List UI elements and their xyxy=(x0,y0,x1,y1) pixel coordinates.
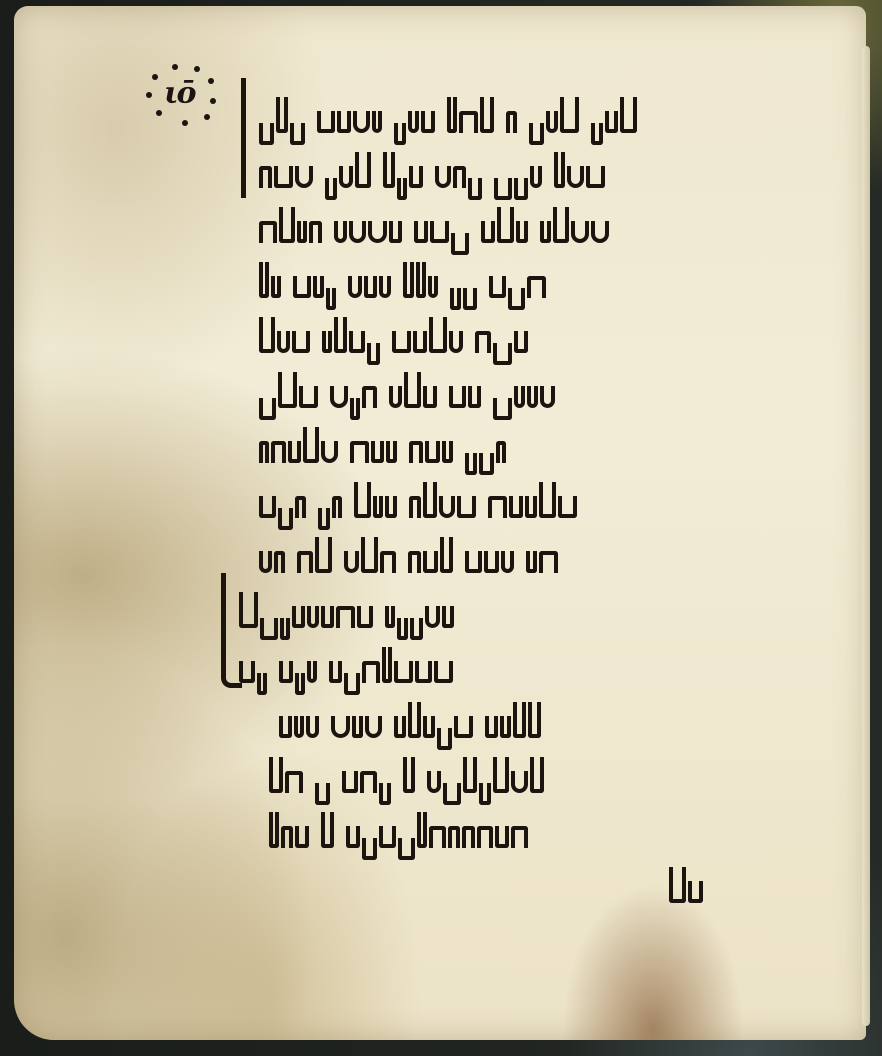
script-glyph xyxy=(408,111,419,133)
script-glyph xyxy=(321,441,338,463)
script-glyph xyxy=(295,826,309,848)
manuscript-line: [Nuskhuri line 15 — undeciphered] xyxy=(669,848,819,903)
ornament-dot xyxy=(156,110,162,116)
script-glyph xyxy=(285,771,303,793)
script-glyph xyxy=(292,606,305,628)
script-glyph xyxy=(435,166,451,188)
script-glyph xyxy=(281,826,293,848)
script-glyph xyxy=(495,826,509,848)
manuscript-word xyxy=(329,643,453,683)
script-glyph xyxy=(430,221,449,243)
manuscript-word xyxy=(342,753,391,793)
script-glyph xyxy=(558,496,577,518)
script-glyph xyxy=(403,757,415,793)
script-glyph xyxy=(288,441,301,463)
script-glyph xyxy=(389,386,402,408)
script-glyph xyxy=(271,441,286,463)
script-glyph xyxy=(293,276,311,298)
script-glyph xyxy=(352,716,363,738)
manuscript-word xyxy=(293,258,336,298)
script-glyph xyxy=(530,757,544,793)
script-glyph xyxy=(525,496,537,518)
folio-number-text: ιō xyxy=(164,76,195,111)
manuscript-line: [Nuskhuri line 1 — undeciphered] xyxy=(259,78,819,133)
manuscript-word xyxy=(389,368,437,408)
ornament-dot xyxy=(146,92,152,98)
script-glyph xyxy=(539,551,558,573)
script-glyph xyxy=(334,317,347,353)
manuscript-word xyxy=(591,93,637,133)
manuscript-word xyxy=(259,258,281,298)
script-glyph xyxy=(306,716,319,738)
manuscript-word xyxy=(317,93,382,133)
script-glyph xyxy=(434,661,453,683)
script-glyph xyxy=(567,166,584,188)
manuscript-word xyxy=(239,588,373,628)
script-glyph xyxy=(514,331,528,353)
script-glyph xyxy=(346,826,360,848)
manuscript-word xyxy=(540,203,609,243)
script-glyph xyxy=(605,111,618,133)
manuscript-word xyxy=(325,148,371,188)
ornament-dot xyxy=(194,66,200,72)
script-glyph xyxy=(259,317,275,353)
script-glyph xyxy=(373,496,383,518)
script-glyph xyxy=(322,331,332,353)
manuscript-word xyxy=(279,698,319,738)
script-glyph xyxy=(349,331,365,353)
script-glyph xyxy=(348,276,362,298)
script-glyph xyxy=(506,111,517,133)
ornament-dot xyxy=(204,114,210,120)
script-glyph xyxy=(315,537,332,573)
script-glyph xyxy=(409,166,423,188)
manuscript-line: [Nuskhuri line 7 — undeciphered] xyxy=(259,408,819,463)
manuscript-word xyxy=(331,698,382,738)
script-glyph xyxy=(511,771,528,793)
manuscript-word xyxy=(259,478,306,518)
script-glyph xyxy=(509,496,523,518)
script-glyph xyxy=(357,606,373,628)
script-glyph xyxy=(354,482,371,518)
script-glyph xyxy=(409,496,421,518)
script-glyph xyxy=(292,331,310,353)
script-glyph xyxy=(462,826,475,848)
script-glyph xyxy=(500,716,511,738)
script-glyph xyxy=(442,441,453,463)
script-glyph xyxy=(257,673,267,695)
manuscript-line: [Nuskhuri line 2 — undeciphered] xyxy=(259,133,819,188)
script-glyph xyxy=(409,441,423,463)
manuscript-word xyxy=(334,203,402,243)
script-glyph xyxy=(332,496,342,518)
script-glyph xyxy=(355,152,371,188)
script-glyph xyxy=(457,496,476,518)
script-glyph xyxy=(560,97,579,133)
script-glyph xyxy=(497,207,514,243)
manuscript-line: [Nuskhuri line 11 — undeciphered] xyxy=(239,628,819,683)
script-glyph xyxy=(383,152,395,188)
manuscript-word xyxy=(315,753,330,793)
script-glyph xyxy=(297,551,313,573)
script-glyph xyxy=(448,826,460,848)
script-glyph xyxy=(294,716,304,738)
script-glyph xyxy=(259,496,276,518)
script-glyph xyxy=(468,386,481,408)
script-glyph xyxy=(386,441,397,463)
manuscript-word xyxy=(269,753,303,793)
script-glyph xyxy=(417,812,427,848)
manuscript-word xyxy=(465,533,514,573)
manuscript-word xyxy=(526,533,558,573)
script-glyph xyxy=(484,551,499,573)
script-glyph xyxy=(501,551,514,573)
script-glyph xyxy=(259,441,269,463)
manuscript-word xyxy=(392,313,463,353)
script-glyph xyxy=(239,661,255,683)
script-glyph xyxy=(403,262,414,298)
script-glyph xyxy=(278,372,297,408)
script-glyph xyxy=(423,551,438,573)
script-glyph xyxy=(379,276,391,298)
script-glyph xyxy=(408,702,421,738)
script-glyph xyxy=(269,757,283,793)
script-glyph xyxy=(385,496,397,518)
script-glyph xyxy=(389,221,402,243)
manuscript-line: [Nuskhuri line 14 — undeciphered] xyxy=(269,793,819,848)
manuscript-word xyxy=(385,588,454,628)
script-glyph xyxy=(362,386,377,408)
script-glyph xyxy=(269,812,279,848)
manuscript-word xyxy=(450,258,477,298)
manuscript-word xyxy=(494,148,542,188)
script-glyph xyxy=(496,441,506,463)
script-glyph xyxy=(546,111,558,133)
script-glyph xyxy=(336,606,355,628)
manuscript-word xyxy=(346,808,528,848)
manuscript-word xyxy=(259,148,313,188)
manuscript-word xyxy=(488,478,577,518)
script-glyph xyxy=(334,221,347,243)
manuscript-word xyxy=(322,313,380,353)
script-glyph xyxy=(465,551,482,573)
initial-letter-stroke xyxy=(241,78,256,198)
manuscript-word xyxy=(297,533,332,573)
script-glyph xyxy=(259,262,269,298)
script-glyph xyxy=(414,221,428,243)
script-glyph xyxy=(295,166,313,188)
script-glyph xyxy=(475,331,491,353)
script-glyph xyxy=(586,166,605,188)
script-glyph xyxy=(259,166,272,188)
manuscript-line: [Nuskhuri line 5 — undeciphered] xyxy=(259,298,819,353)
manuscript-word xyxy=(449,368,481,408)
manuscript-word xyxy=(318,478,342,518)
manuscript-word xyxy=(529,93,579,133)
manuscript-word xyxy=(414,203,469,243)
script-glyph xyxy=(271,276,281,298)
manuscript-word xyxy=(259,313,310,353)
script-glyph xyxy=(299,386,318,408)
script-glyph xyxy=(511,826,528,848)
manuscript-word xyxy=(259,93,305,133)
manuscript-line: [Nuskhuri line 8 — undeciphered] xyxy=(259,463,819,518)
script-glyph xyxy=(527,276,546,298)
manuscript-word xyxy=(239,643,267,683)
manuscript-word xyxy=(269,808,309,848)
script-glyph xyxy=(303,427,319,463)
script-glyph xyxy=(540,386,555,408)
script-glyph xyxy=(447,97,457,133)
ornament-dot xyxy=(182,120,188,126)
ornament-dot xyxy=(172,64,178,70)
script-glyph xyxy=(295,496,306,518)
script-glyph xyxy=(425,441,440,463)
script-glyph xyxy=(477,826,493,848)
script-glyph xyxy=(539,482,556,518)
script-glyph xyxy=(440,537,453,573)
script-glyph xyxy=(489,276,506,298)
script-glyph xyxy=(439,496,455,518)
manuscript-word xyxy=(330,368,377,408)
script-glyph xyxy=(313,276,324,298)
script-glyph xyxy=(516,221,528,243)
script-glyph xyxy=(321,606,334,628)
script-glyph xyxy=(449,386,466,408)
ornament-dot xyxy=(210,98,216,104)
manuscript-word xyxy=(394,93,435,133)
script-glyph xyxy=(385,606,395,628)
script-glyph xyxy=(394,716,406,738)
script-glyph xyxy=(307,661,317,683)
script-glyph xyxy=(365,716,382,738)
script-glyph xyxy=(372,111,382,133)
script-glyph xyxy=(382,647,392,683)
manuscript-word xyxy=(259,423,338,463)
script-glyph xyxy=(620,97,637,133)
next-page-edge xyxy=(862,46,870,1026)
script-glyph xyxy=(279,716,292,738)
script-glyph xyxy=(429,317,447,353)
ornament-dot xyxy=(152,74,158,80)
manuscript-word xyxy=(259,368,318,408)
script-glyph xyxy=(408,551,421,573)
manuscript-word xyxy=(259,533,285,573)
script-glyph xyxy=(423,482,437,518)
manuscript-line: [Nuskhuri line 12 — undeciphered] xyxy=(279,683,819,738)
manuscript-line: [Nuskhuri line 4 — undeciphered] xyxy=(259,243,819,298)
manuscript-line: [Nuskhuri line 10 — undeciphered] xyxy=(239,573,819,628)
manuscript-word xyxy=(279,643,317,683)
script-glyph xyxy=(404,372,421,408)
script-glyph xyxy=(274,551,285,573)
script-glyph xyxy=(463,757,477,793)
manuscript-word xyxy=(259,203,322,243)
manuscript-line: [Nuskhuri line 9 — undeciphered] xyxy=(259,518,819,573)
script-glyph xyxy=(353,111,370,133)
script-glyph xyxy=(259,551,272,573)
script-glyph xyxy=(453,166,466,188)
script-glyph xyxy=(371,441,384,463)
script-glyph xyxy=(415,661,432,683)
script-glyph xyxy=(392,331,411,353)
script-glyph xyxy=(330,386,348,408)
script-glyph xyxy=(449,331,463,353)
script-glyph xyxy=(279,661,293,683)
script-glyph xyxy=(554,152,565,188)
manuscript-word xyxy=(427,753,544,793)
script-glyph xyxy=(362,838,377,860)
script-glyph xyxy=(398,838,415,860)
ornament-dot xyxy=(208,78,214,84)
script-glyph xyxy=(276,97,288,133)
manuscript-word xyxy=(344,533,396,573)
script-glyph xyxy=(480,97,494,133)
script-glyph xyxy=(493,757,509,793)
script-glyph xyxy=(591,221,609,243)
script-glyph xyxy=(339,166,353,188)
script-glyph xyxy=(425,606,440,628)
script-glyph xyxy=(279,207,295,243)
script-glyph xyxy=(379,826,396,848)
manuscript-word xyxy=(408,533,453,573)
manuscript-word xyxy=(506,93,517,133)
manuscript-page: ιō [Nuskhuri line 1 — undeciphered][Nusk… xyxy=(14,6,866,1040)
manuscript-word xyxy=(554,148,605,188)
script-glyph xyxy=(528,702,541,738)
script-glyph xyxy=(442,606,454,628)
script-glyph xyxy=(349,221,366,243)
script-glyph xyxy=(513,702,526,738)
manuscript-line: [Nuskhuri line 3 — undeciphered] xyxy=(259,188,819,243)
manuscript-text-block: [Nuskhuri line 1 — undeciphered][Nuskhur… xyxy=(239,78,819,903)
manuscript-word xyxy=(409,478,476,518)
script-glyph xyxy=(297,221,307,243)
script-glyph xyxy=(688,881,703,903)
script-glyph xyxy=(274,166,293,188)
script-glyph xyxy=(344,551,359,573)
folio-marker: ιō xyxy=(142,64,224,126)
manuscript-word xyxy=(485,698,541,738)
manuscript-word xyxy=(489,258,546,298)
script-glyph xyxy=(350,441,369,463)
manuscript-word xyxy=(383,148,423,188)
script-glyph xyxy=(429,826,446,848)
script-glyph xyxy=(394,661,413,683)
script-glyph xyxy=(362,661,380,683)
script-glyph xyxy=(421,111,435,133)
manuscript-word xyxy=(348,258,391,298)
manuscript-word xyxy=(350,423,397,463)
manuscript-line: [Nuskhuri line 13 — undeciphered] xyxy=(269,738,819,793)
script-glyph xyxy=(488,496,507,518)
manuscript-word xyxy=(409,423,453,463)
script-glyph xyxy=(481,221,495,243)
script-glyph xyxy=(526,551,537,573)
script-glyph xyxy=(337,111,351,133)
manuscript-word xyxy=(447,93,494,133)
script-glyph xyxy=(427,771,441,793)
script-glyph xyxy=(428,276,438,298)
script-glyph xyxy=(423,716,435,738)
script-glyph xyxy=(329,661,342,683)
script-glyph xyxy=(553,207,569,243)
script-glyph xyxy=(454,716,473,738)
script-glyph xyxy=(423,386,437,408)
script-glyph xyxy=(540,221,551,243)
manuscript-word xyxy=(321,808,334,848)
script-glyph xyxy=(530,166,542,188)
script-glyph xyxy=(459,111,478,133)
manuscript-word xyxy=(394,698,473,738)
script-glyph xyxy=(485,716,498,738)
script-glyph xyxy=(309,221,322,243)
script-glyph xyxy=(277,331,290,353)
manuscript-word xyxy=(403,258,438,298)
manuscript-line: [Nuskhuri line 6 — undeciphered] xyxy=(259,353,819,408)
script-glyph xyxy=(259,221,277,243)
manuscript-word xyxy=(669,863,703,903)
manuscript-word xyxy=(493,368,555,408)
manuscript-word xyxy=(403,753,415,793)
script-glyph xyxy=(331,716,350,738)
manuscript-word xyxy=(475,313,528,353)
script-glyph xyxy=(342,771,358,793)
script-glyph xyxy=(368,221,387,243)
script-glyph xyxy=(514,386,525,408)
script-glyph xyxy=(416,262,426,298)
script-glyph xyxy=(413,331,427,353)
manuscript-word xyxy=(465,423,506,463)
script-glyph xyxy=(360,771,377,793)
manuscript-word xyxy=(354,478,397,518)
script-glyph xyxy=(364,276,377,298)
script-glyph xyxy=(321,812,334,848)
script-glyph xyxy=(527,386,538,408)
manuscript-word xyxy=(435,148,482,188)
script-glyph xyxy=(361,537,378,573)
manuscript-word xyxy=(481,203,528,243)
script-glyph xyxy=(380,551,396,573)
script-glyph xyxy=(669,867,686,903)
script-glyph xyxy=(571,221,589,243)
script-glyph xyxy=(317,111,335,133)
script-glyph xyxy=(307,606,319,628)
